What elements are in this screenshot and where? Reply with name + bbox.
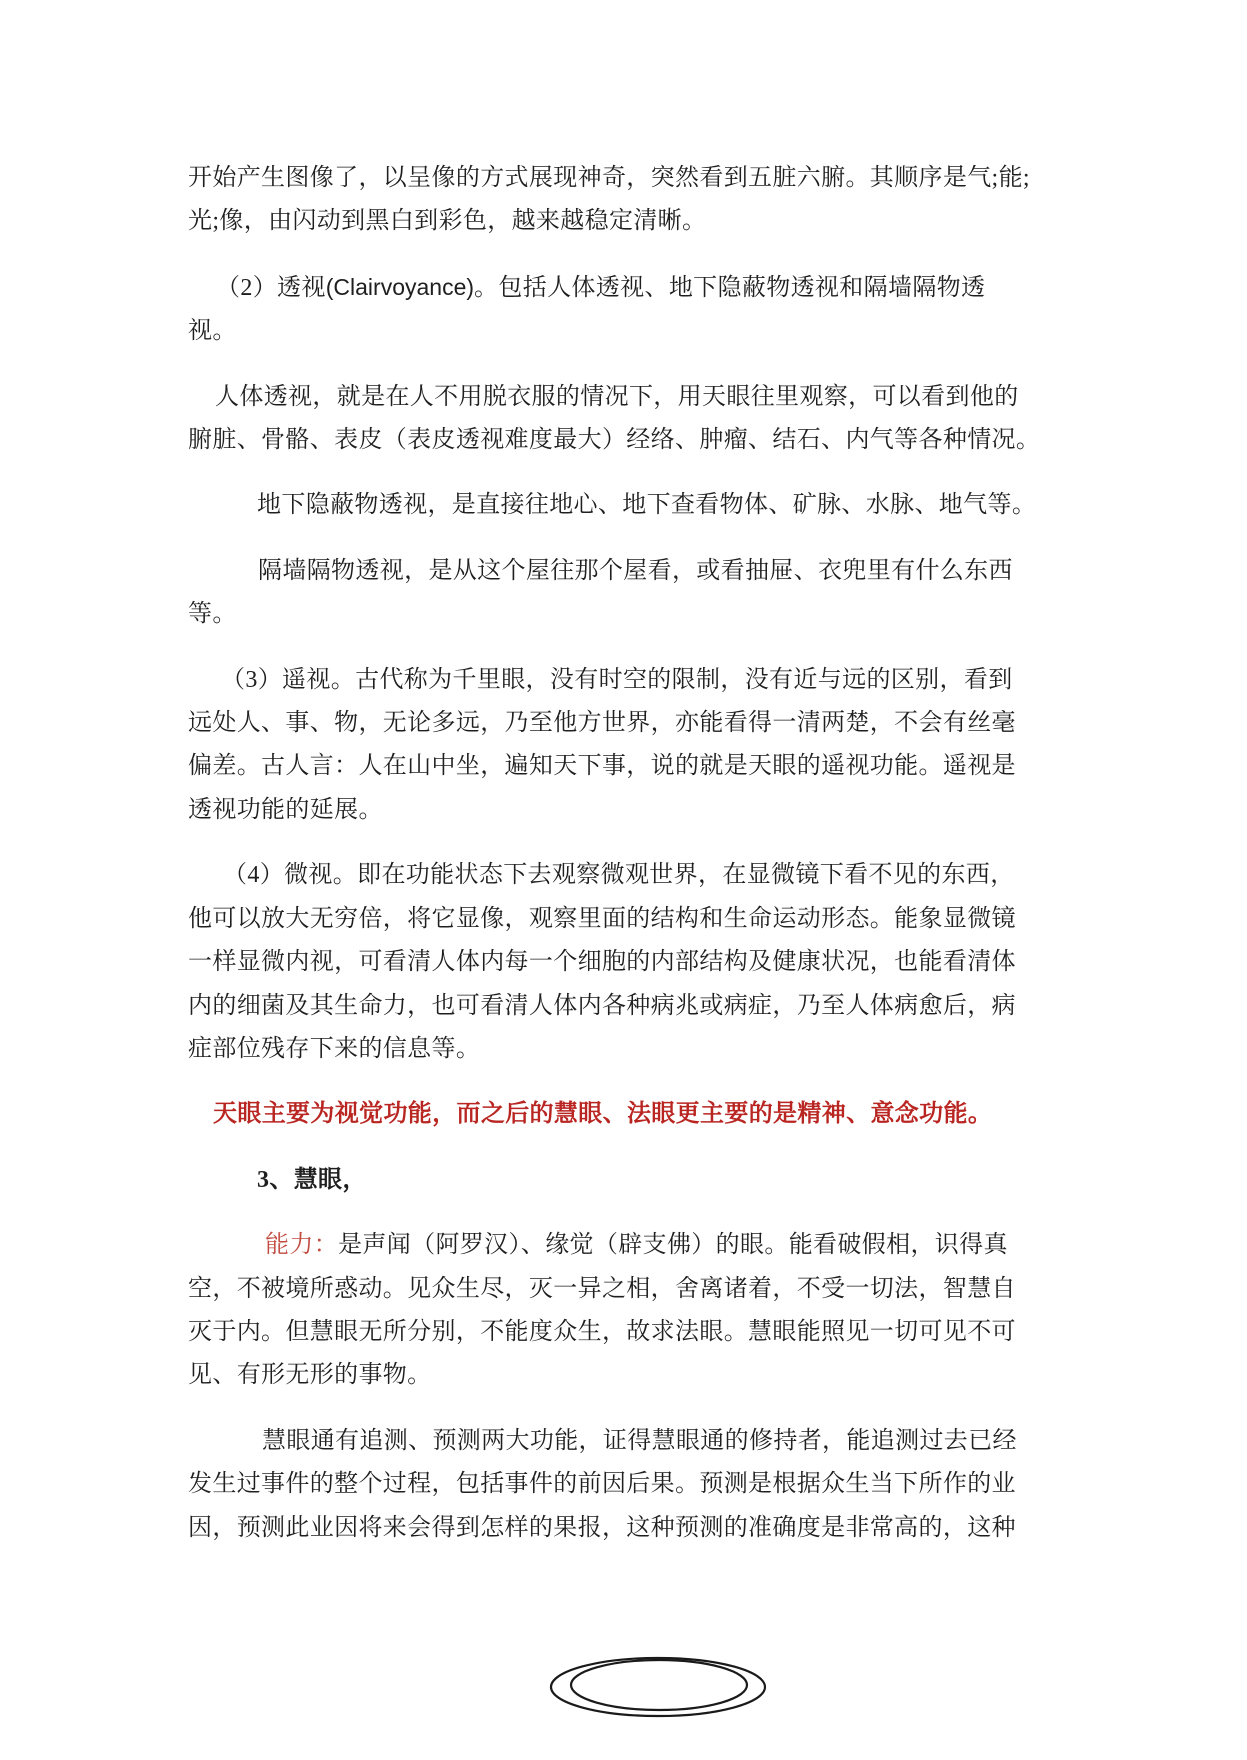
- para-clairvoyance-heading-line-1: （2）透视(Clairvoyance)。包括人体透视、地下隐蔽物透视和隔墙隔物透: [188, 266, 1088, 310]
- para-remote-viewing-text-2-1: 远处人、事、物，无论多远，乃至他方世界，亦能看得一清两楚，不会有丝毫: [188, 710, 1016, 736]
- para-ability-line-2: 空，不被境所惑动。见众生尽，灭一异之相，舍离诸着，不受一切法，智慧自: [188, 1268, 1088, 1311]
- para-body-seethrough: 人体透视，就是在人不用脱衣服的情况下，用天眼往里观察，可以看到他的腑脏、骨骼、表…: [188, 376, 1088, 463]
- para-remote-viewing-text-3-1: 偏差。古人言：人在山中坐，遍知天下事，说的就是天眼的遥视功能。遥视是: [188, 753, 1016, 779]
- para-micro-viewing-text-1-1: （4）微视。即在功能状态下去观察微观世界，在显微镜下看不见的东西，: [223, 862, 1015, 888]
- double-ellipse-inner: [571, 1660, 747, 1710]
- para-intro-continued: 开始产生图像了，以呈像的方式展现神奇，突然看到五脏六腑。其顺序是气;能;光;像，…: [188, 157, 1088, 244]
- para-ability-line-3: 灭于内。但慧眼无所分别，不能度众生，故求法眼。慧眼能照见一切可见不可: [188, 1311, 1088, 1354]
- para-remote-viewing-line-1: （3）遥视。古代称为千里眼，没有时空的限制，没有近与远的区别，看到: [188, 659, 1088, 702]
- para-remote-viewing-line-3: 偏差。古人言：人在山中坐，遍知天下事，说的就是天眼的遥视功能。遥视是: [188, 745, 1088, 788]
- para-body-seethrough-text-2-1: 腑脏、骨骼、表皮（表皮透视难度最大）经络、肿瘤、结石、内气等各种情况。: [188, 427, 1040, 453]
- para-ability: 能力：是声闻（阿罗汉）、缘觉（辟支佛）的眼。能看破假相，识得真空，不被境所惑动。…: [188, 1224, 1088, 1398]
- para-remote-viewing-text-4-1: 透视功能的延展。: [188, 797, 383, 823]
- para-intro-continued-line-1: 开始产生图像了，以呈像的方式展现神奇，突然看到五脏六腑。其顺序是气;能;: [188, 157, 1088, 200]
- para-clairvoyance-heading-text-1-1: （2）透视: [216, 275, 326, 301]
- para-clairvoyance-heading: （2）透视(Clairvoyance)。包括人体透视、地下隐蔽物透视和隔墙隔物透…: [188, 266, 1088, 354]
- para-red-highlight-text-1-1: 天眼主要为视觉功能，而之后的慧眼、法眼更主要的是精神、意念功能。: [213, 1101, 992, 1127]
- para-micro-viewing-line-2: 他可以放大无穷倍，将它显像，观察里面的结构和生命运动形态。能象显微镜: [188, 898, 1088, 941]
- latin-term-clairvoyance: (Clairvoyance): [326, 274, 474, 300]
- para-intro-continued-text-1-1: 开始产生图像了，以呈像的方式展现神奇，突然看到五脏六腑。其顺序是气;能;: [188, 165, 1030, 191]
- para-heading-wisdom-eye-line-1: 3、慧眼，: [188, 1159, 1088, 1202]
- para-micro-viewing: （4）微视。即在功能状态下去观察微观世界，在显微镜下看不见的东西，他可以放大无穷…: [188, 854, 1088, 1071]
- para-wisdom-eye-functions-text-2-1: 发生过事件的整个过程，包括事件的前因后果。预测是根据众生当下所作的业: [188, 1471, 1016, 1497]
- para-remote-viewing-text-1-1: （3）遥视。古代称为千里眼，没有时空的限制，没有近与远的区别，看到: [221, 667, 1013, 693]
- para-red-highlight: 天眼主要为视觉功能，而之后的慧眼、法眼更主要的是精神、意念功能。: [188, 1093, 1088, 1136]
- ability-label: 能力：: [265, 1232, 338, 1258]
- para-remote-viewing: （3）遥视。古代称为千里眼，没有时空的限制，没有近与远的区别，看到远处人、事、物…: [188, 659, 1088, 833]
- para-micro-viewing-text-3-1: 一样显微内视，可看清人体内每一个细胞的内部结构及健康状况，也能看清体: [188, 949, 1016, 975]
- para-red-highlight-line-1: 天眼主要为视觉功能，而之后的慧眼、法眼更主要的是精神、意念功能。: [188, 1093, 1088, 1136]
- para-micro-viewing-text-2-1: 他可以放大无穷倍，将它显像，观察里面的结构和生命运动形态。能象显微镜: [188, 906, 1016, 932]
- para-ability-text-2-1: 空，不被境所惑动。见众生尽，灭一异之相，舍离诸着，不受一切法，智慧自: [188, 1276, 1016, 1302]
- para-micro-viewing-line-1: （4）微视。即在功能状态下去观察微观世界，在显微镜下看不见的东西，: [188, 854, 1088, 897]
- document-body: 开始产生图像了，以呈像的方式展现神奇，突然看到五脏六腑。其顺序是气;能;光;像，…: [188, 157, 1088, 1572]
- para-intro-continued-line-2: 光;像，由闪动到黑白到彩色，越来越稳定清晰。: [188, 200, 1088, 243]
- para-clairvoyance-heading-text-1-3: 。包括人体透视、地下隐蔽物透视和隔墙隔物透: [474, 275, 985, 301]
- para-micro-viewing-line-4: 内的细菌及其生命力，也可看清人体内各种病兆或病症，乃至人体病愈后，病: [188, 985, 1088, 1028]
- para-micro-viewing-line-3: 一样显微内视，可看清人体内每一个细胞的内部结构及健康状况，也能看清体: [188, 941, 1088, 984]
- para-clairvoyance-heading-line-2: 视。: [188, 310, 1088, 353]
- para-body-seethrough-text-1-1: 人体透视，就是在人不用脱衣服的情况下，用天眼往里观察，可以看到他的: [215, 384, 1019, 410]
- para-ability-line-4: 见、有形无形的事物。: [188, 1354, 1088, 1397]
- para-ability-text-1-2: 是声闻（阿罗汉）、缘觉（辟支佛）的眼。能看破假相，识得真: [338, 1232, 1008, 1258]
- para-through-wall-seethrough-line-2: 等。: [188, 593, 1088, 636]
- para-remote-viewing-line-4: 透视功能的延展。: [188, 789, 1088, 832]
- para-underground-seethrough-line-1: 地下隐蔽物透视，是直接往地心、地下查看物体、矿脉、水脉、地气等。: [188, 484, 1088, 527]
- para-wisdom-eye-functions-line-2: 发生过事件的整个过程，包括事件的前因后果。预测是根据众生当下所作的业: [188, 1463, 1088, 1506]
- para-remote-viewing-line-2: 远处人、事、物，无论多远，乃至他方世界，亦能看得一清两楚，不会有丝毫: [188, 702, 1088, 745]
- para-clairvoyance-heading-text-2-1: 视。: [188, 318, 237, 344]
- para-underground-seethrough: 地下隐蔽物透视，是直接往地心、地下查看物体、矿脉、水脉、地气等。: [188, 484, 1088, 527]
- para-wisdom-eye-functions-text-3-1: 因，预测此业因将来会得到怎样的果报，这种预测的准确度是非常高的，这种: [188, 1515, 1016, 1541]
- para-underground-seethrough-text-1-1: 地下隐蔽物透视，是直接往地心、地下查看物体、矿脉、水脉、地气等。: [257, 492, 1036, 518]
- para-wisdom-eye-functions-line-1: 慧眼通有追测、预测两大功能，证得慧眼通的修持者，能追测过去已经: [188, 1420, 1088, 1463]
- para-ability-line-1: 能力：是声闻（阿罗汉）、缘觉（辟支佛）的眼。能看破假相，识得真: [188, 1224, 1088, 1267]
- double-ellipse-outer: [551, 1658, 765, 1716]
- para-heading-wisdom-eye-text-1-1: 3、慧眼，: [257, 1167, 367, 1193]
- para-wisdom-eye-functions-line-3: 因，预测此业因将来会得到怎样的果报，这种预测的准确度是非常高的，这种: [188, 1507, 1088, 1550]
- para-through-wall-seethrough-line-1: 隔墙隔物透视，是从这个屋往那个屋看，或看抽屉、衣兜里有什么东西: [188, 550, 1088, 593]
- para-body-seethrough-line-2: 腑脏、骨骼、表皮（表皮透视难度最大）经络、肿瘤、结石、内气等各种情况。: [188, 419, 1088, 462]
- document-page: 开始产生图像了，以呈像的方式展现神奇，突然看到五脏六腑。其顺序是气;能;光;像，…: [0, 0, 1247, 1760]
- para-ability-text-3-1: 灭于内。但慧眼无所分别，不能度众生，故求法眼。慧眼能照见一切可见不可: [188, 1319, 1016, 1345]
- para-heading-wisdom-eye: 3、慧眼，: [188, 1159, 1088, 1202]
- para-micro-viewing-line-5: 症部位残存下来的信息等。: [188, 1028, 1088, 1071]
- para-wisdom-eye-functions-text-1-1: 慧眼通有追测、预测两大功能，证得慧眼通的修持者，能追测过去已经: [262, 1428, 1017, 1454]
- para-ability-text-4-1: 见、有形无形的事物。: [188, 1362, 432, 1388]
- para-body-seethrough-line-1: 人体透视，就是在人不用脱衣服的情况下，用天眼往里观察，可以看到他的: [188, 376, 1088, 419]
- para-through-wall-seethrough-text-2-1: 等。: [188, 601, 237, 627]
- para-wisdom-eye-functions: 慧眼通有追测、预测两大功能，证得慧眼通的修持者，能追测过去已经发生过事件的整个过…: [188, 1420, 1088, 1550]
- para-micro-viewing-text-4-1: 内的细菌及其生命力，也可看清人体内各种病兆或病症，乃至人体病愈后，病: [188, 993, 1016, 1019]
- para-through-wall-seethrough-text-1-1: 隔墙隔物透视，是从这个屋往那个屋看，或看抽屉、衣兜里有什么东西: [258, 558, 1013, 584]
- para-intro-continued-text-2-1: 光;像，由闪动到黑白到彩色，越来越稳定清晰。: [188, 208, 706, 234]
- para-through-wall-seethrough: 隔墙隔物透视，是从这个屋往那个屋看，或看抽屉、衣兜里有什么东西等。: [188, 550, 1088, 637]
- para-micro-viewing-text-5-1: 症部位残存下来的信息等。: [188, 1036, 480, 1062]
